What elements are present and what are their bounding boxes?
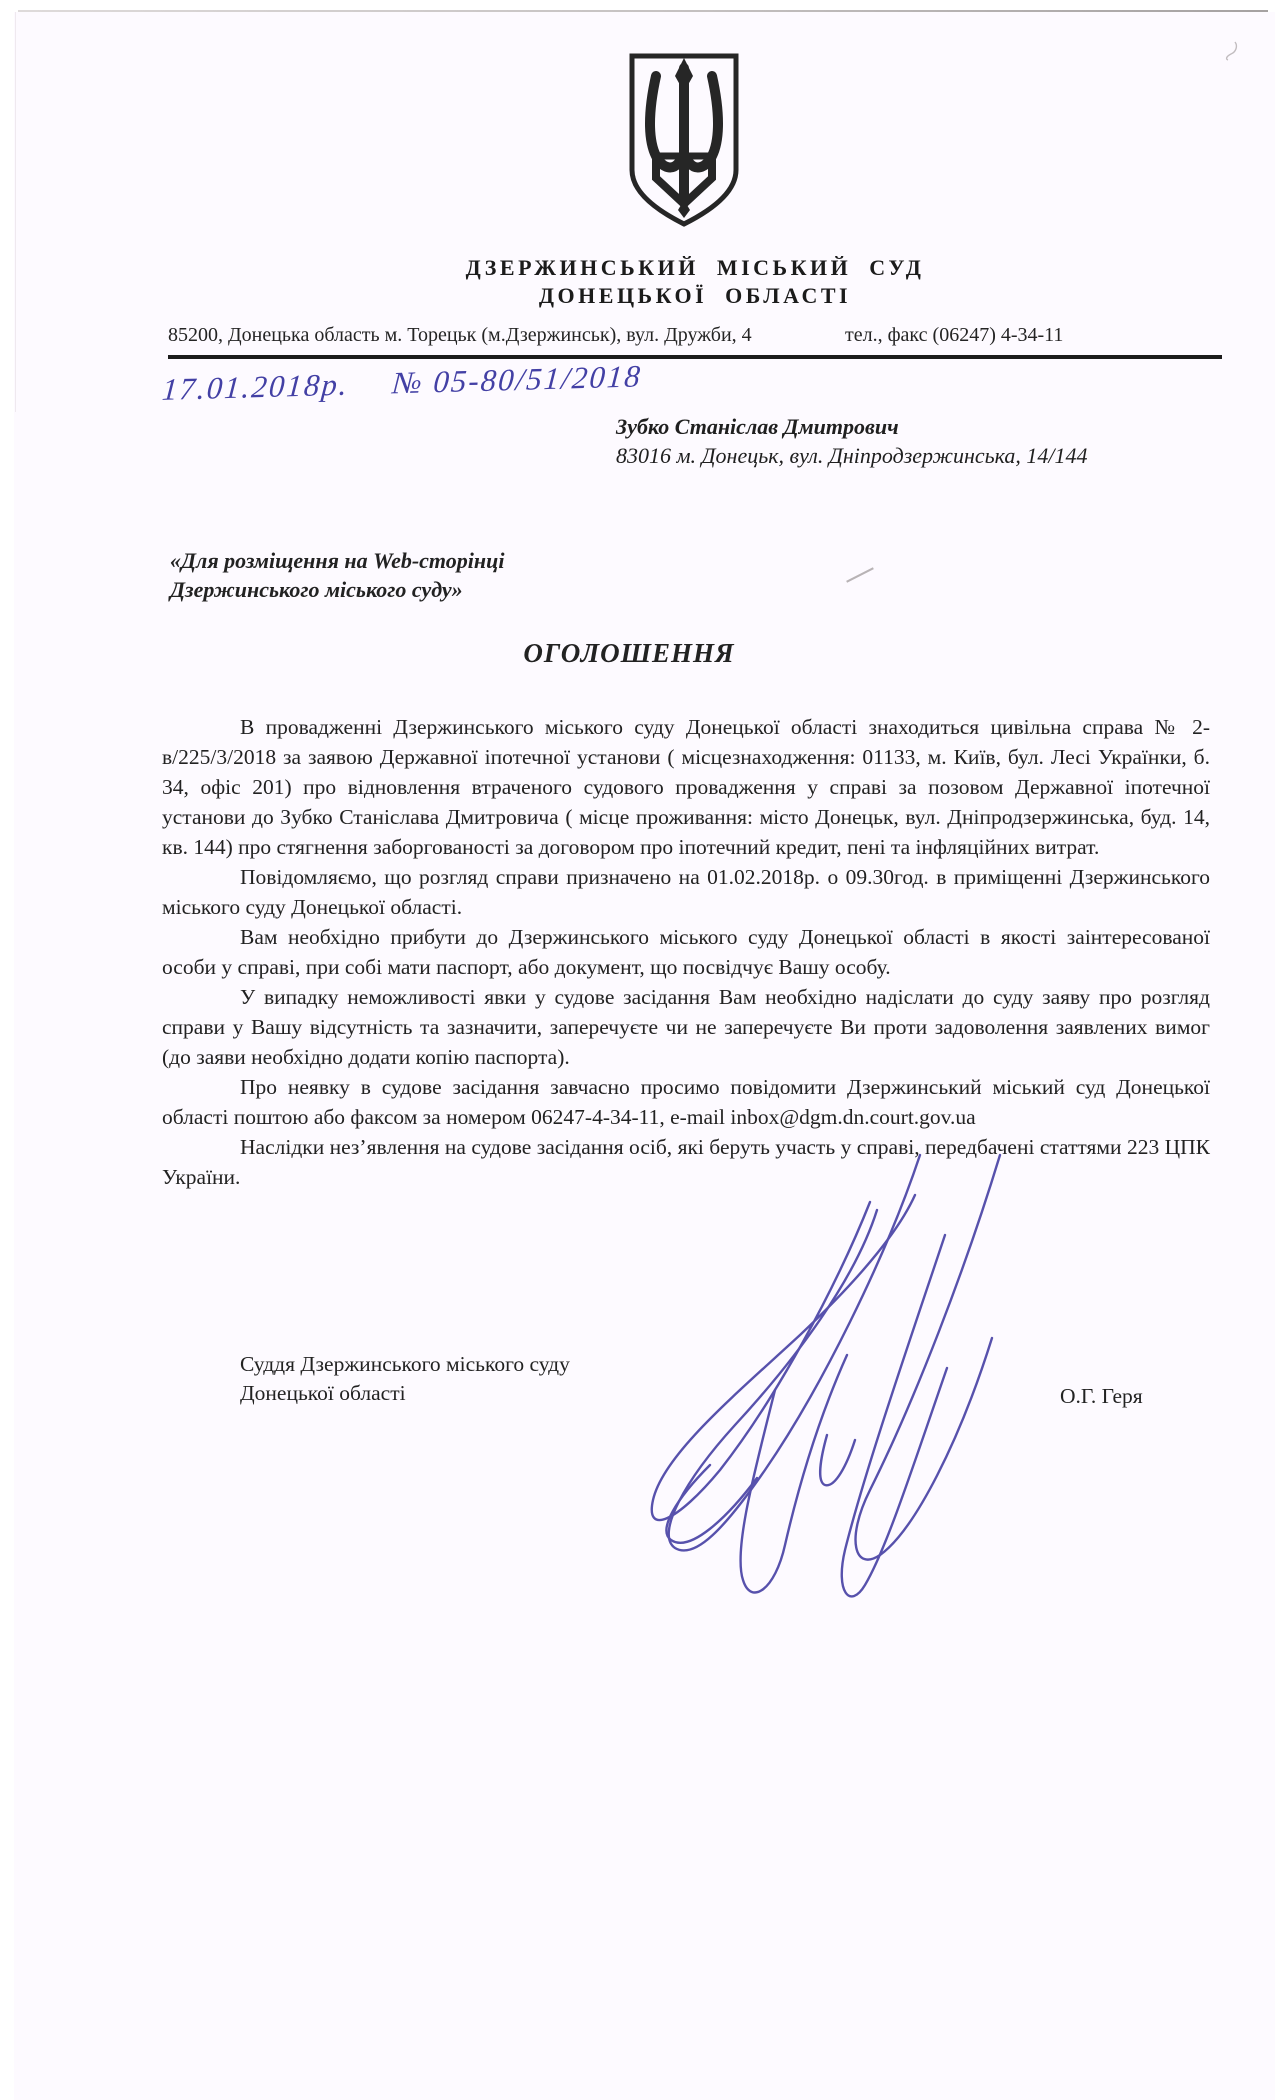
court-name: ДЗЕРЖИНСЬКИЙ МІСЬКИЙ СУД ДОНЕЦЬКОЇ ОБЛАС… bbox=[205, 254, 1185, 310]
paragraph-consequences: Наслідки нез’явлення на судове засідання… bbox=[162, 1132, 1210, 1192]
scan-edge-artifact bbox=[18, 10, 1268, 12]
judge-name: О.Г. Геря bbox=[1060, 1384, 1143, 1409]
court-contact-row: 85200, Донецька область м. Торецьк (м.Дз… bbox=[0, 324, 1275, 350]
judge-position-line2: Донецької області bbox=[240, 1379, 570, 1408]
placement-note: «Для розміщення на Web-сторінці Дзержинс… bbox=[170, 546, 504, 604]
registration-date: 17.01.2018р. bbox=[161, 367, 350, 407]
document-title: ОГОЛОШЕННЯ bbox=[0, 638, 1258, 669]
paragraph-notify-court: Про неявку в судове засідання завчасно п… bbox=[162, 1072, 1210, 1132]
pen-squiggle-artifact bbox=[1222, 40, 1240, 62]
paragraph-hearing-date: Повідомляємо, що розгляд справи призначе… bbox=[162, 862, 1210, 922]
addressee-block: Зубко Станіслав Дмитрович 83016 м. Донец… bbox=[616, 412, 1088, 470]
judge-position: Суддя Дзержинського міського суду Донець… bbox=[240, 1350, 570, 1408]
court-name-line1: ДЗЕРЖИНСЬКИЙ МІСЬКИЙ СУД bbox=[205, 254, 1185, 282]
judge-position-line1: Суддя Дзержинського міського суду bbox=[240, 1350, 570, 1379]
court-phone: тел., факс (06247) 4-34-11 bbox=[845, 324, 1063, 347]
ukraine-trident-emblem-icon bbox=[626, 52, 742, 230]
addressee-name: Зубко Станіслав Дмитрович bbox=[616, 412, 1088, 441]
paragraph-attendance-requirement: Вам необхідно прибути до Дзержинського м… bbox=[162, 922, 1210, 982]
registration-number: № 05-80/51/2018 bbox=[391, 358, 643, 400]
placement-note-line1: «Для розміщення на Web-сторінці bbox=[170, 546, 504, 575]
scan-edge-artifact-left bbox=[15, 12, 16, 412]
addressee-address: 83016 м. Донецьк, вул. Дніпродзержинська… bbox=[616, 441, 1088, 470]
court-name-line2: ДОНЕЦЬКОЇ ОБЛАСТІ bbox=[205, 282, 1185, 310]
paragraph-case-info: В провадженні Дзержинського міського суд… bbox=[162, 712, 1210, 862]
paragraph-absence-statement: У випадку неможливості явки у судове зас… bbox=[162, 982, 1210, 1072]
scanned-court-document: ДЗЕРЖИНСЬКИЙ МІСЬКИЙ СУД ДОНЕЦЬКОЇ ОБЛАС… bbox=[0, 0, 1275, 2100]
document-body: В провадженні Дзержинського міського суд… bbox=[162, 712, 1210, 1192]
placement-note-line2: Дзержинського міського суду» bbox=[170, 575, 504, 604]
court-address: 85200, Донецька область м. Торецьк (м.Дз… bbox=[168, 324, 752, 347]
